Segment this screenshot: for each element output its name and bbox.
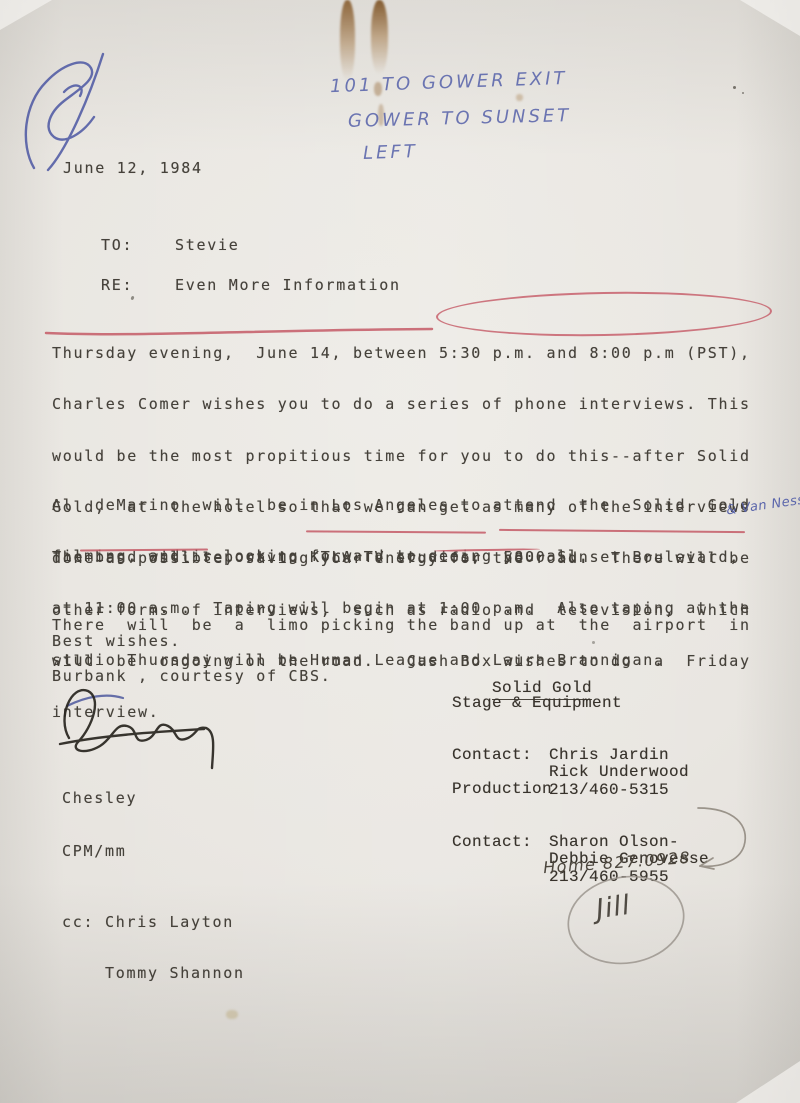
letter-line: The band will report to KTLA-TV studios,… — [52, 549, 751, 566]
paper-corner-top-left — [0, 0, 52, 30]
typist-initials: CPM/mm — [62, 843, 127, 860]
re-label: RE: — [101, 277, 175, 294]
stage-section-title: Stage & Equipment — [452, 695, 622, 712]
production-contact-label: Contact: — [452, 834, 549, 886]
letter-closing: Best wishes. — [52, 633, 181, 650]
to-value: Stevie — [175, 236, 240, 254]
stage-contact-name: Rick Underwood — [549, 764, 689, 781]
cc-block: cc: Chris Layton Tommy Shannon — [62, 880, 245, 1017]
jill-circle — [558, 870, 698, 976]
stain-spot — [516, 94, 523, 101]
slade-scrawl-signature — [6, 40, 131, 175]
paper-corner-top-right — [740, 0, 800, 36]
production-section-title: Production — [452, 781, 552, 798]
to-label: TO: — [101, 237, 175, 254]
memo-re-line: RE:Even More Information — [58, 260, 401, 311]
stage-contact-phone: 213/460-5315 — [549, 782, 689, 799]
cc-line: Tommy Shannon — [62, 965, 245, 982]
re-value: Even More Information — [175, 276, 401, 294]
letter-line: Charles Comer wishes you to do a series … — [52, 396, 751, 413]
handwritten-route-note-line3: LEFT — [363, 141, 418, 164]
stain-streak — [371, 0, 388, 74]
red-underline-thursday — [44, 325, 436, 339]
letter-line: Al deMarino will be in Los Angeles to at… — [52, 497, 751, 514]
ink-speck — [742, 92, 744, 94]
ink-speck — [733, 86, 736, 89]
cc-line: cc: Chris Layton — [62, 914, 245, 931]
chesley-signature — [55, 676, 225, 776]
stage-contact-name: Chris Jardin — [549, 747, 689, 764]
paper-corner-bottom-right — [736, 1061, 800, 1103]
handwritten-jill-name: Jill — [594, 890, 632, 925]
signed-name: Chesley — [62, 790, 137, 807]
letter-date: June 12, 1984 — [63, 160, 203, 177]
pencil-arrow-curve — [680, 800, 772, 880]
stain-streak — [340, 0, 355, 80]
handwritten-route-note-line2: GOWER TO SUNSET — [348, 105, 572, 132]
letter-line: Thursday evening, June 14, between 5:30 … — [52, 345, 751, 362]
scanned-letter: 101 TO GOWER EXIT GOWER TO SUNSET LEFT J… — [0, 0, 800, 1103]
handwritten-route-note-line1: 101 TO GOWER EXIT — [330, 68, 568, 97]
